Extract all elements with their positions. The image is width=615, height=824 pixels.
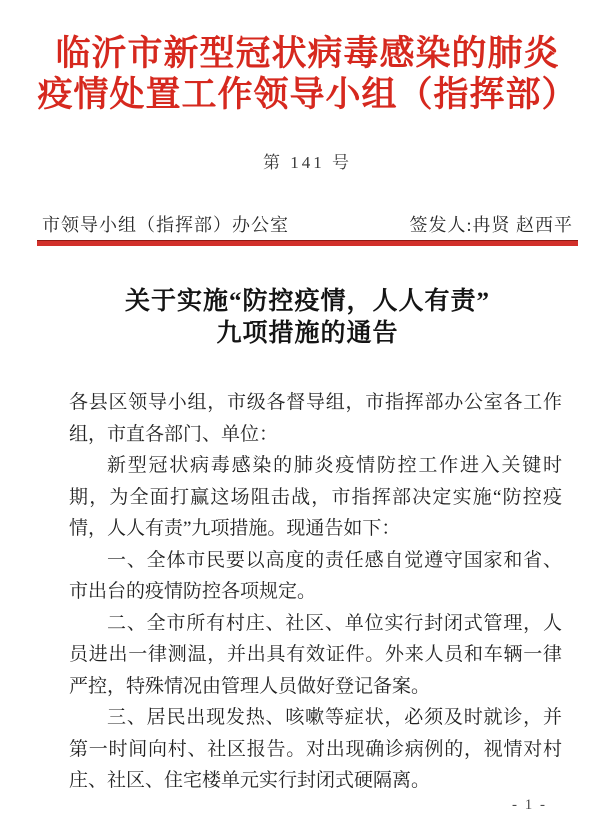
- official-document-page: 临沂市新型冠状病毒感染的肺炎 疫情处置工作领导小组（指挥部） 第 141 号 市…: [0, 0, 615, 824]
- issuing-info-row: 市领导小组（指挥部）办公室 签发人:冉贤 赵西平: [42, 211, 573, 237]
- notice-title-line2: 九项措施的通告: [0, 318, 615, 350]
- issuing-office-label: 市领导小组（指挥部）办公室: [42, 211, 289, 237]
- org-title-line1: 临沂市新型冠状病毒感染的肺炎: [0, 33, 615, 74]
- page-number: - 1 -: [512, 797, 547, 814]
- red-divider-rule: [37, 240, 578, 246]
- body-paragraph-intro: 新型冠状病毒感染的肺炎疫情防控工作进入关键时期，为全面打赢这场阻击战，市指挥部决…: [69, 450, 562, 545]
- red-header-org-title: 临沂市新型冠状病毒感染的肺炎 疫情处置工作领导小组（指挥部）: [0, 33, 615, 115]
- body-paragraph-measure-2: 二、全市所有村庄、社区、单位实行封闭式管理，人员进出一律测温，并出具有效证件。外…: [69, 608, 562, 703]
- notice-body: 各县区领导小组，市级各督导组，市指挥部办公室各工作组，市直各部门、单位： 新型冠…: [69, 387, 562, 797]
- document-number: 第 141 号: [0, 148, 615, 173]
- notice-title-line1: 关于实施“防控疫情，人人有责”: [0, 286, 615, 318]
- body-paragraph-salutation: 各县区领导小组，市级各督导组，市指挥部办公室各工作组，市直各部门、单位：: [69, 387, 562, 450]
- body-paragraph-measure-1: 一、全体市民要以高度的责任感自觉遵守国家和省、市出台的疫情防控各项规定。: [69, 545, 562, 608]
- body-paragraph-measure-3: 三、居民出现发热、咳嗽等症状，必须及时就诊，并第一时间向村、社区报告。对出现确诊…: [69, 702, 562, 797]
- signer-label: 签发人:冉贤 赵西平: [409, 211, 573, 237]
- notice-title: 关于实施“防控疫情，人人有责” 九项措施的通告: [0, 286, 615, 350]
- org-title-line2: 疫情处置工作领导小组（指挥部）: [0, 74, 615, 115]
